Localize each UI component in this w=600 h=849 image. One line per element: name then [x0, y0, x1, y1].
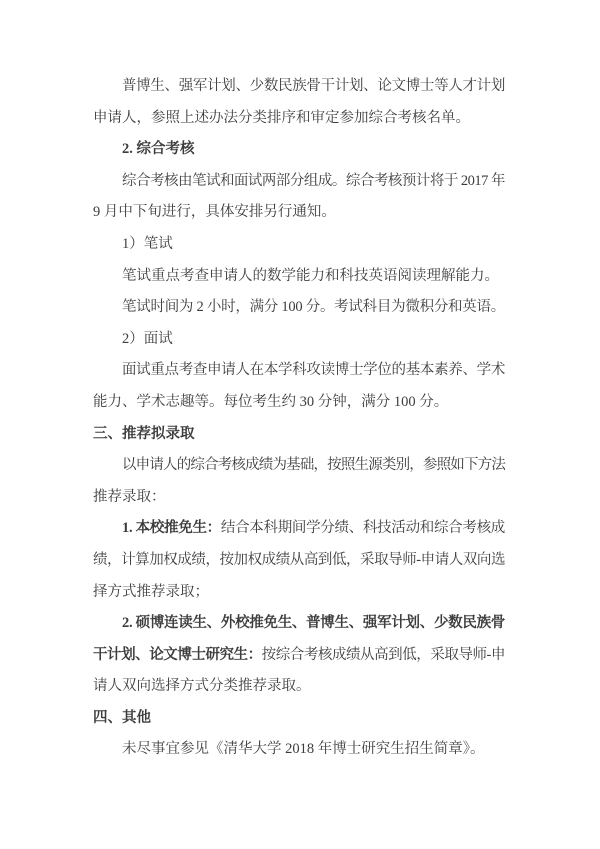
bold-text-segment: 三、推荐拟录取 [93, 426, 195, 442]
document-line: 普博生、强军计划、少数民族骨干计划、论文博士等人才计划 [93, 71, 505, 103]
document-line: 以申请人的综合考核成绩为基础，按照生源类别，参照如下方法 [93, 450, 505, 482]
text-segment: 笔试时间为 2 小时，满分 100 分。考试科目为微积分和英语。 [122, 299, 505, 315]
text-segment: 结合本科期间学分绩、科技活动和综合考核成 [221, 520, 505, 536]
text-segment: 未尽事宜参见《清华大学 2018 年博士研究生招生简章》。 [122, 741, 485, 757]
text-segment: 综合考核由笔试和面试两部分组成。综合考核预计将于 2017 年 [122, 173, 505, 189]
text-segment: 1）笔试 [122, 236, 173, 252]
document-line: 请人双向选择方式分类推荐录取。 [93, 671, 505, 703]
document-line: 笔试时间为 2 小时，满分 100 分。考试科目为微积分和英语。 [93, 292, 505, 324]
text-segment: 择方式推荐录取； [93, 584, 209, 600]
document-line: 未尽事宜参见《清华大学 2018 年博士研究生招生简章》。 [93, 734, 505, 766]
document-line: 2）面试 [93, 324, 505, 356]
document-line: 绩，计算加权成绩，按加权成绩从高到低，采取导师-申请人双向选 [93, 545, 505, 577]
document-page: 普博生、强军计划、少数民族骨干计划、论文博士等人才计划申请人，参照上述办法分类排… [0, 0, 600, 849]
text-segment: 能力、学术志趣等。每位考生约 30 分钟，满分 100 分。 [93, 394, 448, 410]
bold-text-segment: 1. 本校推免生： [122, 520, 221, 536]
bold-text-segment: 2. 硕博连读生、外校推免生、普博生、强军计划、少数民族骨 [122, 615, 505, 631]
document-text-block: 普博生、强军计划、少数民族骨干计划、论文博士等人才计划申请人，参照上述办法分类排… [93, 71, 505, 766]
bold-text-segment: 干计划、论文博士研究生： [93, 647, 262, 663]
text-segment: 以申请人的综合考核成绩为基础，按照生源类别，参照如下方法 [122, 457, 505, 473]
document-line: 1）笔试 [93, 229, 505, 261]
bold-text-segment: 2. 综合考核 [122, 141, 195, 157]
document-line: 择方式推荐录取； [93, 577, 505, 609]
document-line: 四、其他 [93, 703, 505, 735]
document-line: 三、推荐拟录取 [93, 419, 505, 451]
text-segment: 面试重点考查申请人在本学科攻读博士学位的基本素养、学术 [122, 362, 505, 378]
document-line: 干计划、论文博士研究生：按综合考核成绩从高到低，采取导师-申 [93, 640, 505, 672]
text-segment: 2）面试 [122, 331, 173, 347]
document-line: 1. 本校推免生：结合本科期间学分绩、科技活动和综合考核成 [93, 513, 505, 545]
text-segment: 绩，计算加权成绩，按加权成绩从高到低，采取导师-申请人双向选 [93, 552, 505, 568]
text-segment: 推荐录取： [93, 489, 166, 505]
text-segment: 普博生、强军计划、少数民族骨干计划、论文博士等人才计划 [122, 78, 505, 94]
text-segment: 申请人，参照上述办法分类排序和审定参加综合考核名单。 [93, 110, 470, 126]
document-line: 笔试重点考查申请人的数学能力和科技英语阅读理解能力。 [93, 261, 505, 293]
bold-text-segment: 四、其他 [93, 710, 151, 726]
text-segment: 9 月中下旬进行，具体安排另行通知。 [93, 204, 336, 220]
document-line: 2. 综合考核 [93, 134, 505, 166]
document-line: 2. 硕博连读生、外校推免生、普博生、强军计划、少数民族骨 [93, 608, 505, 640]
document-line: 推荐录取： [93, 482, 505, 514]
document-line: 能力、学术志趣等。每位考生约 30 分钟，满分 100 分。 [93, 387, 505, 419]
document-line: 面试重点考查申请人在本学科攻读博士学位的基本素养、学术 [93, 355, 505, 387]
document-line: 9 月中下旬进行，具体安排另行通知。 [93, 197, 505, 229]
document-line: 申请人，参照上述办法分类排序和审定参加综合考核名单。 [93, 103, 505, 135]
text-segment: 请人双向选择方式分类推荐录取。 [93, 678, 311, 694]
document-line: 综合考核由笔试和面试两部分组成。综合考核预计将于 2017 年 [93, 166, 505, 198]
text-segment: 按综合考核成绩从高到低，采取导师-申 [262, 647, 505, 663]
text-segment: 笔试重点考查申请人的数学能力和科技英语阅读理解能力。 [122, 268, 499, 284]
